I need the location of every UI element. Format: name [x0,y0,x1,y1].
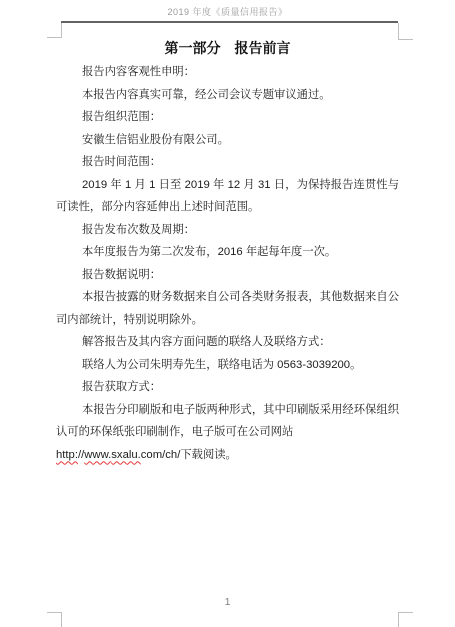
paragraph-text: 本报告分印刷版和电子版两种形式，其中印刷版采用经环保组织认可的环保纸张印刷制作，… [56,404,399,439]
section-title: 第一部分 报告前言 [56,33,399,59]
header-divider-rule [61,21,398,23]
crop-mark-bottom-right [398,612,413,627]
page-number: 1 [0,596,455,608]
url-www: www. [84,449,111,461]
paragraph: 报告组织范围： [56,106,399,129]
paragraph: 报告发布次数及周期： [56,219,399,242]
paragraph: 报告获取方式： [56,376,399,399]
url-scheme: http: [56,449,78,461]
paragraph: 联络人为公司朱明寿先生，联络电话为 0563-3039200。 [56,354,399,377]
paragraph: 本报告内容真实可靠，经公司会议专题审议通过。 [56,84,399,107]
url-path: com/ch/ [141,449,181,461]
website-url: http://www.sxalu.com/ch/ [56,449,180,461]
document-body: 第一部分 报告前言 报告内容客观性申明： 本报告内容真实可靠，经公司会议专题审议… [56,33,399,466]
paragraph-text: 下载阅读。 [180,449,237,461]
crop-mark-bottom-left [47,612,62,627]
paragraph: 报告时间范围： [56,151,399,174]
url-domain: sxalu. [111,449,141,461]
crop-mark-top-right [398,23,413,40]
paragraph: 2019 年 1 月 1 日至 2019 年 12 月 31 日，为保持报告连贯… [56,174,399,219]
running-header-text: 2019 年度《质量信用报告》 [0,5,455,18]
paragraph: 本年度报告为第二次发布，2016 年起每年度一次。 [56,241,399,264]
document-page: 2019 年度《质量信用报告》 第一部分 报告前言 报告内容客观性申明： 本报告… [0,0,455,627]
paragraph: 本报告披露的财务数据来自公司各类财务报表，其他数据来自公司内部统计，特别说明除外… [56,286,399,331]
paragraph: 安徽生信铝业股份有限公司。 [56,129,399,152]
paragraph: 报告内容客观性申明： [56,61,399,84]
paragraph: 解答报告及其内容方面问题的联络人及联络方式： [56,331,399,354]
paragraph-with-link: 本报告分印刷版和电子版两种形式，其中印刷版采用经环保组织认可的环保纸张印刷制作，… [56,399,399,467]
paragraph: 报告数据说明： [56,264,399,287]
